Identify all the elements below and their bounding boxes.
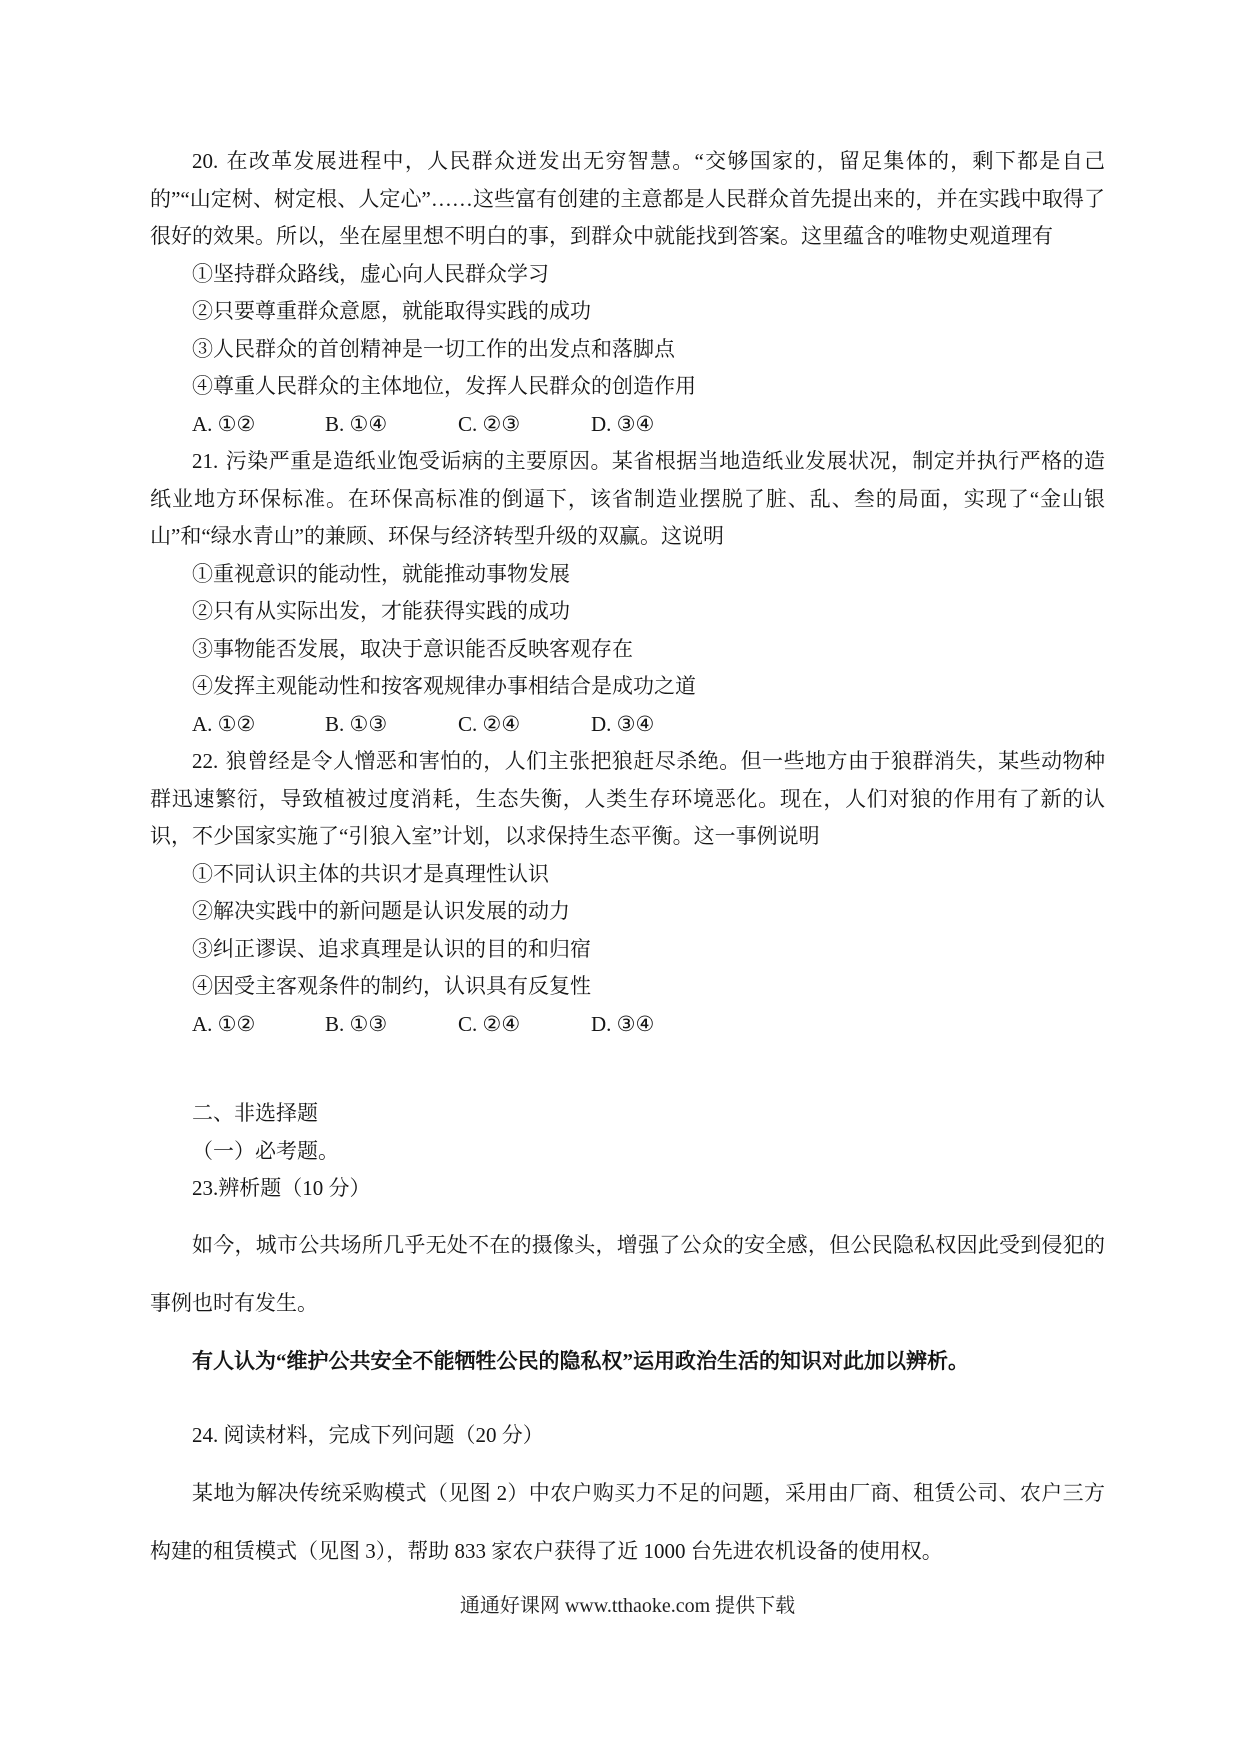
question-21-number: 21. [192,449,218,473]
question-20: 20.在改革发展进程中，人民群众迸发出无穷智慧。“交够国家的，留足集体的，剩下都… [150,143,1105,443]
question-21-answer-choices: A. ①②B. ①③C. ②④D. ③④ [150,706,1105,744]
question-21-option-2: ②只有从实际出发，才能获得实践的成功 [150,593,1105,631]
question-22-number: 22. [192,749,218,773]
question-20-choice-d: D. ③④ [591,406,654,444]
question-20-option-2: ②只要尊重群众意愿，就能取得实践的成功 [150,293,1105,331]
question-20-number: 20. [192,149,218,173]
question-21-stem-text: 污染严重是造纸业饱受诟病的主要原因。某省根据当地造纸业发展状况，制定并执行严格的… [150,449,1105,548]
question-22-answer-choices: A. ①②B. ①③C. ②④D. ③④ [150,1006,1105,1044]
question-22-stem-text: 狼曾经是令人憎恶和害怕的，人们主张把狼赶尽杀绝。但一些地方由于狼群消失，某些动物… [150,749,1105,848]
question-20-option-3: ③人民群众的首创精神是一切工作的出发点和落脚点 [150,331,1105,369]
question-23-title: 23.辨析题（10 分） [150,1170,1105,1208]
question-21-choice-b: B. ①③ [325,706,458,744]
exam-document-page: 20.在改革发展进程中，人民群众迸发出无穷智慧。“交够国家的，留足集体的，剩下都… [0,0,1240,1754]
question-21-option-1: ①重视意识的能动性，就能推动事物发展 [150,556,1105,594]
question-22-choice-d: D. ③④ [591,1006,654,1044]
question-22-option-3: ③纠正谬误、追求真理是认识的目的和归宿 [150,931,1105,969]
page-footer: 通通好课网 www.tthaoke.com 提供下载 [150,1594,1105,1618]
question-20-choice-a: A. ①② [192,406,325,444]
question-23-material: 如今，城市公共场所几乎无处不在的摄像头，增强了公众的安全感，但公民隐私权因此受到… [150,1216,1105,1332]
question-21: 21.污染严重是造纸业饱受诟病的主要原因。某省根据当地造纸业发展状况，制定并执行… [150,443,1105,743]
question-22-choice-b: B. ①③ [325,1006,458,1044]
question-23-task: 有人认为“维护公共安全不能牺牲公民的隐私权”运用政治生活的知识对此加以辨析。 [150,1332,1105,1390]
question-24-material: 某地为解决传统采购模式（见图 2）中农户购买力不足的问题，采用由厂商、租赁公司、… [150,1464,1105,1580]
question-20-answer-choices: A. ①②B. ①④C. ②③D. ③④ [150,406,1105,444]
question-20-option-1: ①坚持群众路线，虚心向人民群众学习 [150,256,1105,294]
question-20-option-4: ④尊重人民群众的主体地位，发挥人民群众的创造作用 [150,368,1105,406]
question-22-option-4: ④因受主客观条件的制约，认识具有反复性 [150,968,1105,1006]
question-22: 22.狼曾经是令人憎恶和害怕的，人们主张把狼赶尽杀绝。但一些地方由于狼群消失，某… [150,743,1105,1043]
question-22-choice-a: A. ①② [192,1006,325,1044]
question-22-option-2: ②解决实践中的新问题是认识发展的动力 [150,893,1105,931]
question-20-stem: 20.在改革发展进程中，人民群众迸发出无穷智慧。“交够国家的，留足集体的，剩下都… [150,143,1105,256]
question-20-choice-c: C. ②③ [458,406,591,444]
question-21-choice-c: C. ②④ [458,706,591,744]
question-20-stem-text: 在改革发展进程中，人民群众迸发出无穷智慧。“交够国家的，留足集体的，剩下都是自己… [150,149,1105,248]
question-21-choice-a: A. ①② [192,706,325,744]
question-24-title: 24. 阅读材料，完成下列问题（20 分） [150,1406,1105,1464]
question-21-option-4: ④发挥主观能动性和按客观规律办事相结合是成功之道 [150,668,1105,706]
question-22-option-1: ①不同认识主体的共识才是真理性认识 [150,856,1105,894]
question-20-choice-b: B. ①④ [325,406,458,444]
question-21-stem: 21.污染严重是造纸业饱受诟病的主要原因。某省根据当地造纸业发展状况，制定并执行… [150,443,1105,556]
non-choice-section: 二、非选择题 （一）必考题。 23.辨析题（10 分） 如今，城市公共场所几乎无… [150,1095,1105,1580]
question-21-choice-d: D. ③④ [591,706,654,744]
section-two-heading: 二、非选择题 [150,1095,1105,1133]
question-22-stem: 22.狼曾经是令人憎恶和害怕的，人们主张把狼赶尽杀绝。但一些地方由于狼群消失，某… [150,743,1105,856]
question-22-choice-c: C. ②④ [458,1006,591,1044]
section-two-subheading: （一）必考题。 [150,1133,1105,1171]
question-21-option-3: ③事物能否发展，取决于意识能否反映客观存在 [150,631,1105,669]
